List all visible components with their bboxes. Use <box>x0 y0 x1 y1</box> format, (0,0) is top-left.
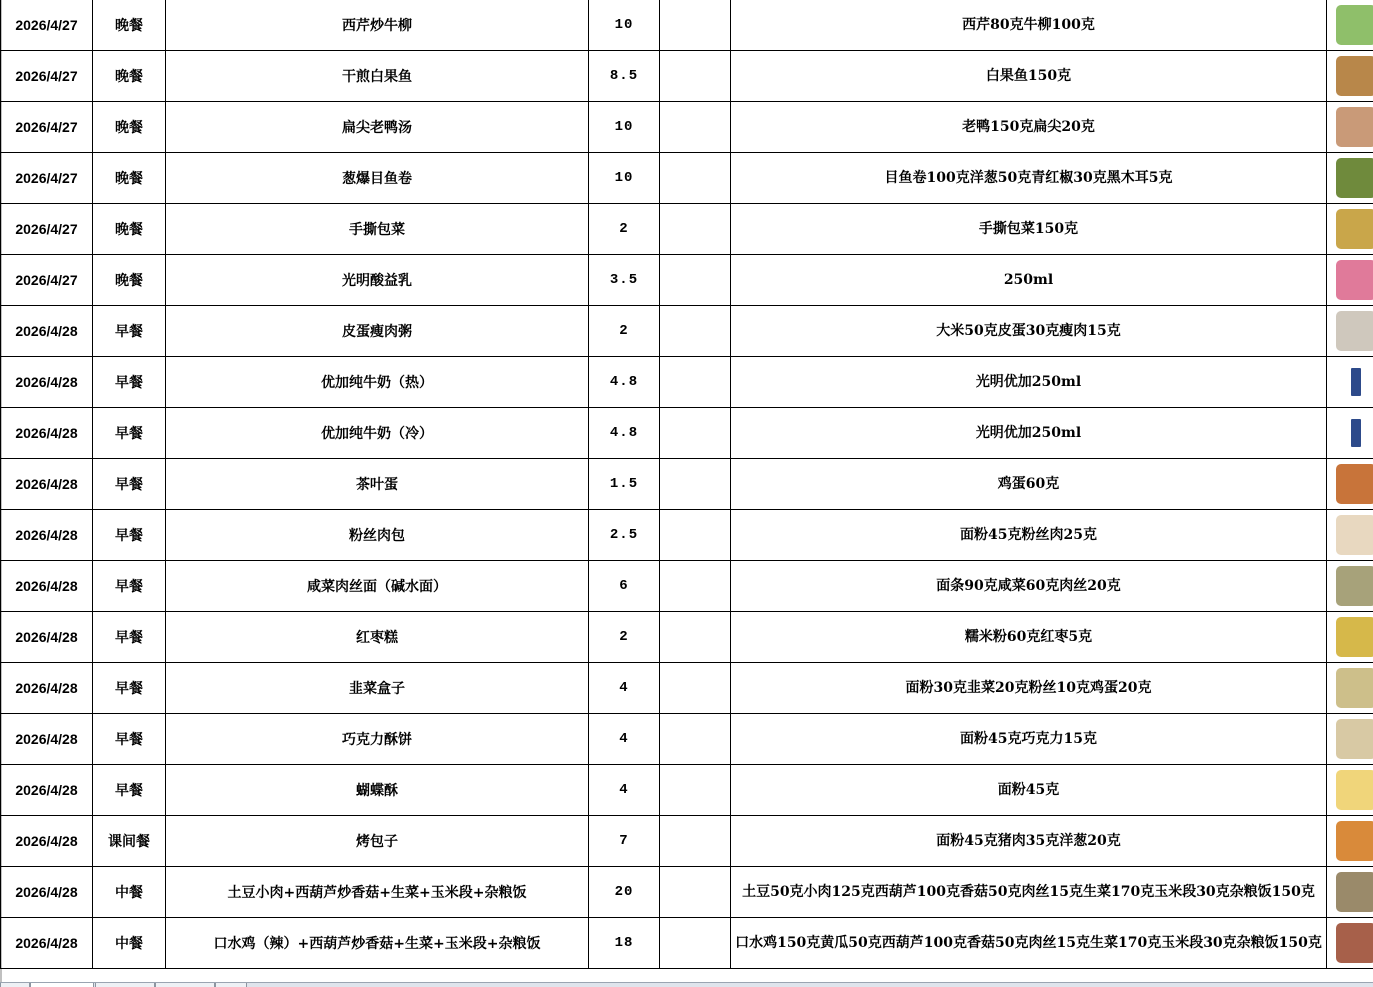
meal-type-cell[interactable]: 课间餐 <box>93 816 166 867</box>
squid-rolls-photo-icon[interactable] <box>1336 158 1373 198</box>
ingredients-cell[interactable]: 面粉30克韭菜20克粉丝10克鸡蛋20克 <box>731 663 1327 714</box>
meal-type-cell[interactable]: 早餐 <box>93 408 166 459</box>
ingredients-cell[interactable]: 面粉45克猪肉35克洋葱20克 <box>731 816 1327 867</box>
dish-name-cell[interactable]: 葱爆目鱼卷 <box>166 153 589 204</box>
ingredients-cell[interactable]: 手撕包菜150克 <box>731 204 1327 255</box>
meal-type-cell[interactable]: 早餐 <box>93 357 166 408</box>
price-cell[interactable]: 1.5 <box>589 459 660 510</box>
ingredients-cell[interactable]: 目鱼卷100克洋葱50克青红椒30克黑木耳5克 <box>731 153 1327 204</box>
price-cell[interactable]: 8.5 <box>589 51 660 102</box>
celery-beef-photo-icon[interactable] <box>1336 5 1373 45</box>
empty-cell[interactable] <box>660 714 731 765</box>
image-cell[interactable] <box>1327 714 1373 765</box>
milk-carton-photo-icon[interactable] <box>1351 368 1361 396</box>
meal-type-cell[interactable]: 晚餐 <box>93 255 166 306</box>
dish-name-cell[interactable]: 口水鸡（辣）+西葫芦炒香菇+生菜+玉米段+杂粮饭 <box>166 918 589 969</box>
empty-cell[interactable] <box>660 204 731 255</box>
image-cell[interactable] <box>1327 102 1373 153</box>
table-row: 2026/4/28 早餐 咸菜肉丝面（碱水面） 6 面条90克咸菜60克肉丝20… <box>1 561 1373 612</box>
date-cell[interactable]: 2026/4/28 <box>1 918 93 969</box>
date-cell[interactable]: 2026/4/27 <box>1 255 93 306</box>
ingredients-cell[interactable]: 面条90克咸菜60克肉丝20克 <box>731 561 1327 612</box>
price-cell[interactable]: 18 <box>589 918 660 969</box>
dish-name-cell[interactable]: 皮蛋瘦肉粥 <box>166 306 589 357</box>
table-row: 2026/4/27 晚餐 扁尖老鸭汤 10 老鸭150克扁尖20克 <box>1 102 1373 153</box>
date-cell[interactable]: 2026/4/28 <box>1 459 93 510</box>
duck-soup-photo-icon[interactable] <box>1336 107 1373 147</box>
table-row: 2026/4/28 课间餐 烤包子 7 面粉45克猪肉35克洋葱20克 <box>1 816 1373 867</box>
meal-type-cell[interactable]: 早餐 <box>93 561 166 612</box>
empty-cell[interactable] <box>660 867 731 918</box>
ingredients-cell[interactable]: 西芹80克牛柳100克 <box>731 0 1327 51</box>
table-row: 2026/4/28 早餐 皮蛋瘦肉粥 2 大米50克皮蛋30克瘦肉15克 <box>1 306 1373 357</box>
empty-cell[interactable] <box>660 816 731 867</box>
image-cell[interactable] <box>1327 561 1373 612</box>
table-row: 2026/4/27 晚餐 葱爆目鱼卷 10 目鱼卷100克洋葱50克青红椒30克… <box>1 153 1373 204</box>
price-cell[interactable]: 4 <box>589 663 660 714</box>
ingredients-cell[interactable]: 糯米粉60克红枣5克 <box>731 612 1327 663</box>
baked-bun-photo-icon[interactable] <box>1336 821 1373 861</box>
date-cell[interactable]: 2026/4/27 <box>1 0 93 51</box>
date-cell[interactable]: 2026/4/28 <box>1 306 93 357</box>
date-cell[interactable]: 2026/4/27 <box>1 153 93 204</box>
empty-cell[interactable] <box>660 765 731 816</box>
price-cell[interactable]: 4.8 <box>589 408 660 459</box>
empty-cell[interactable] <box>660 561 731 612</box>
empty-cell[interactable] <box>660 612 731 663</box>
table-row: 2026/4/27 晚餐 光明酸益乳 3.5 250ml <box>1 255 1373 306</box>
price-cell[interactable]: 4 <box>589 765 660 816</box>
price-cell[interactable]: 4.8 <box>589 357 660 408</box>
date-cell[interactable]: 2026/4/28 <box>1 357 93 408</box>
cabbage-photo-icon[interactable] <box>1336 209 1373 249</box>
ingredients-cell[interactable]: 250ml <box>731 255 1327 306</box>
price-cell[interactable]: 20 <box>589 867 660 918</box>
price-cell[interactable]: 10 <box>589 153 660 204</box>
image-cell[interactable] <box>1327 867 1373 918</box>
dish-name-cell[interactable]: 烤包子 <box>166 816 589 867</box>
price-cell[interactable]: 3.5 <box>589 255 660 306</box>
image-cell[interactable] <box>1327 663 1373 714</box>
table-row: 2026/4/28 早餐 茶叶蛋 1.5 鸡蛋60克 <box>1 459 1373 510</box>
dish-name-cell[interactable]: 西芹炒牛柳 <box>166 0 589 51</box>
sheet-tab-new[interactable] <box>215 983 247 987</box>
ingredients-cell[interactable]: 大米50克皮蛋30克瘦肉15克 <box>731 306 1327 357</box>
empty-cell[interactable] <box>660 0 731 51</box>
table-row: 2026/4/28 中餐 土豆小肉+西葫芦炒香菇+生菜+玉米段+杂粮饭 20 土… <box>1 867 1373 918</box>
empty-cell[interactable] <box>660 306 731 357</box>
date-cell[interactable]: 2026/4/28 <box>1 408 93 459</box>
table-row: 2026/4/27 晚餐 手撕包菜 2 手撕包菜150克 <box>1 204 1373 255</box>
table-row: 2026/4/28 早餐 红枣糕 2 糯米粉60克红枣5克 <box>1 612 1373 663</box>
empty-cell[interactable] <box>660 255 731 306</box>
price-cell[interactable]: 2 <box>589 204 660 255</box>
image-cell[interactable] <box>1327 255 1373 306</box>
milk-carton-photo-icon[interactable] <box>1351 419 1361 447</box>
sheet-tab-nav[interactable] <box>0 983 30 987</box>
meal-type-cell[interactable]: 早餐 <box>93 510 166 561</box>
empty-cell[interactable] <box>660 51 731 102</box>
sheet-tab-bar <box>0 982 1373 987</box>
fried-fish-photo-icon[interactable] <box>1336 56 1373 96</box>
ingredients-cell[interactable]: 光明优加250ml <box>731 357 1327 408</box>
dish-name-cell[interactable]: 光明酸益乳 <box>166 255 589 306</box>
date-cell[interactable]: 2026/4/27 <box>1 51 93 102</box>
meal-type-cell[interactable]: 早餐 <box>93 714 166 765</box>
price-cell[interactable]: 6 <box>589 561 660 612</box>
meal-type-cell[interactable]: 中餐 <box>93 867 166 918</box>
dish-name-cell[interactable]: 粉丝肉包 <box>166 510 589 561</box>
meal-type-cell[interactable]: 早餐 <box>93 459 166 510</box>
image-cell[interactable] <box>1327 51 1373 102</box>
meal-type-cell[interactable]: 晚餐 <box>93 0 166 51</box>
sheet-tab-1[interactable] <box>30 983 94 987</box>
date-cell[interactable]: 2026/4/27 <box>1 204 93 255</box>
date-cell[interactable]: 2026/4/27 <box>1 102 93 153</box>
date-cell[interactable]: 2026/4/28 <box>1 765 93 816</box>
image-cell[interactable] <box>1327 612 1373 663</box>
empty-cell[interactable] <box>660 102 731 153</box>
ingredients-cell[interactable]: 面粉45克巧克力15克 <box>731 714 1327 765</box>
table-row: 2026/4/28 早餐 优加纯牛奶（冷） 4.8 光明优加250ml <box>1 408 1373 459</box>
sheet-tab-3[interactable] <box>155 983 215 987</box>
dish-name-cell[interactable]: 韭菜盒子 <box>166 663 589 714</box>
date-cell[interactable]: 2026/4/28 <box>1 561 93 612</box>
price-cell[interactable]: 2 <box>589 306 660 357</box>
sheet-tab-2[interactable] <box>95 983 155 987</box>
image-cell[interactable] <box>1327 510 1373 561</box>
empty-cell[interactable] <box>660 918 731 969</box>
ingredients-cell[interactable]: 光明优加250ml <box>731 408 1327 459</box>
dish-name-cell[interactable]: 蝴蝶酥 <box>166 765 589 816</box>
date-cell[interactable]: 2026/4/28 <box>1 510 93 561</box>
dish-name-cell[interactable]: 手撕包菜 <box>166 204 589 255</box>
chive-pocket-photo-icon[interactable] <box>1336 668 1373 708</box>
date-cell[interactable]: 2026/4/28 <box>1 714 93 765</box>
ingredients-cell[interactable]: 白果鱼150克 <box>731 51 1327 102</box>
dish-name-cell[interactable]: 土豆小肉+西葫芦炒香菇+生菜+玉米段+杂粮饭 <box>166 867 589 918</box>
tea-eggs-photo-icon[interactable] <box>1336 464 1373 504</box>
image-cell[interactable] <box>1327 408 1373 459</box>
table-row: 2026/4/28 早餐 粉丝肉包 2.5 面粉45克粉丝肉25克 <box>1 510 1373 561</box>
dish-name-cell[interactable]: 优加纯牛奶（冷） <box>166 408 589 459</box>
image-cell[interactable] <box>1327 816 1373 867</box>
price-cell[interactable]: 4 <box>589 714 660 765</box>
lunch-box-photo-icon[interactable] <box>1336 872 1373 912</box>
empty-cell[interactable] <box>660 663 731 714</box>
image-cell[interactable] <box>1327 204 1373 255</box>
table-row: 2026/4/28 中餐 口水鸡（辣）+西葫芦炒香菇+生菜+玉米段+杂粮饭 18… <box>1 918 1373 969</box>
price-cell[interactable]: 10 <box>589 102 660 153</box>
table-row: 2026/4/28 早餐 蝴蝶酥 4 面粉45克 <box>1 765 1373 816</box>
empty-cell[interactable] <box>660 459 731 510</box>
ingredients-cell[interactable]: 土豆50克小肉125克西葫芦100克香菇50克肉丝15克生菜170克玉米段30克… <box>731 867 1327 918</box>
noodle-soup-photo-icon[interactable] <box>1336 566 1373 606</box>
table-row: 2026/4/27 晚餐 干煎白果鱼 8.5 白果鱼150克 <box>1 51 1373 102</box>
ingredients-cell[interactable]: 面粉45克 <box>731 765 1327 816</box>
image-cell[interactable] <box>1327 153 1373 204</box>
image-cell[interactable] <box>1327 306 1373 357</box>
dish-name-cell[interactable]: 优加纯牛奶（热） <box>166 357 589 408</box>
price-cell[interactable]: 2 <box>589 612 660 663</box>
meal-type-cell[interactable]: 早餐 <box>93 306 166 357</box>
price-cell[interactable]: 10 <box>589 0 660 51</box>
empty-cell[interactable] <box>660 510 731 561</box>
dish-name-cell[interactable]: 咸菜肉丝面（碱水面） <box>166 561 589 612</box>
date-cell[interactable]: 2026/4/28 <box>1 663 93 714</box>
date-cell[interactable]: 2026/4/28 <box>1 816 93 867</box>
image-cell[interactable] <box>1327 459 1373 510</box>
dish-name-cell[interactable]: 巧克力酥饼 <box>166 714 589 765</box>
meal-type-cell[interactable]: 中餐 <box>93 918 166 969</box>
meal-type-cell[interactable]: 晚餐 <box>93 153 166 204</box>
palmier-photo-icon[interactable] <box>1336 770 1373 810</box>
image-cell[interactable] <box>1327 918 1373 969</box>
meal-type-cell[interactable]: 早餐 <box>93 663 166 714</box>
image-cell[interactable] <box>1327 765 1373 816</box>
meal-type-cell[interactable]: 早餐 <box>93 612 166 663</box>
meal-type-cell[interactable]: 晚餐 <box>93 102 166 153</box>
menu-table: 2026/4/27 晚餐 西芹炒牛柳 10 西芹80克牛柳100克 2026/4… <box>0 0 1373 969</box>
empty-cell[interactable] <box>660 357 731 408</box>
image-cell[interactable] <box>1327 357 1373 408</box>
empty-cell[interactable] <box>660 408 731 459</box>
ingredients-cell[interactable]: 老鸭150克扁尖20克 <box>731 102 1327 153</box>
spreadsheet-grid: 2026/4/27 晚餐 西芹炒牛柳 10 西芹80克牛柳100克 2026/4… <box>0 0 1373 969</box>
table-row: 2026/4/28 早餐 巧克力酥饼 4 面粉45克巧克力15克 <box>1 714 1373 765</box>
ingredients-cell[interactable]: 口水鸡150克黄瓜50克西葫芦100克香菇50克肉丝15克生菜170克玉米段30… <box>731 918 1327 969</box>
yogurt-drink-photo-icon[interactable] <box>1336 260 1373 300</box>
table-row: 2026/4/28 早餐 优加纯牛奶（热） 4.8 光明优加250ml <box>1 357 1373 408</box>
chocolate-pastry-photo-icon[interactable] <box>1336 719 1373 759</box>
table-row: 2026/4/27 晚餐 西芹炒牛柳 10 西芹80克牛柳100克 <box>1 0 1373 51</box>
lunch-box-photo-icon[interactable] <box>1336 923 1373 963</box>
empty-cell[interactable] <box>660 153 731 204</box>
meal-type-cell[interactable]: 早餐 <box>93 765 166 816</box>
dish-name-cell[interactable]: 茶叶蛋 <box>166 459 589 510</box>
date-cake-photo-icon[interactable] <box>1336 617 1373 657</box>
ingredients-cell[interactable]: 面粉45克粉丝肉25克 <box>731 510 1327 561</box>
date-cell[interactable]: 2026/4/28 <box>1 612 93 663</box>
table-row: 2026/4/28 早餐 韭菜盒子 4 面粉30克韭菜20克粉丝10克鸡蛋20克 <box>1 663 1373 714</box>
date-cell[interactable]: 2026/4/28 <box>1 867 93 918</box>
congee-photo-icon[interactable] <box>1336 311 1373 351</box>
dish-name-cell[interactable]: 干煎白果鱼 <box>166 51 589 102</box>
dish-name-cell[interactable]: 红枣糕 <box>166 612 589 663</box>
dish-name-cell[interactable]: 扁尖老鸭汤 <box>166 102 589 153</box>
meal-type-cell[interactable]: 晚餐 <box>93 51 166 102</box>
meal-type-cell[interactable]: 晚餐 <box>93 204 166 255</box>
ingredients-cell[interactable]: 鸡蛋60克 <box>731 459 1327 510</box>
price-cell[interactable]: 7 <box>589 816 660 867</box>
image-cell[interactable] <box>1327 0 1373 51</box>
price-cell[interactable]: 2.5 <box>589 510 660 561</box>
meat-bun-photo-icon[interactable] <box>1336 515 1373 555</box>
